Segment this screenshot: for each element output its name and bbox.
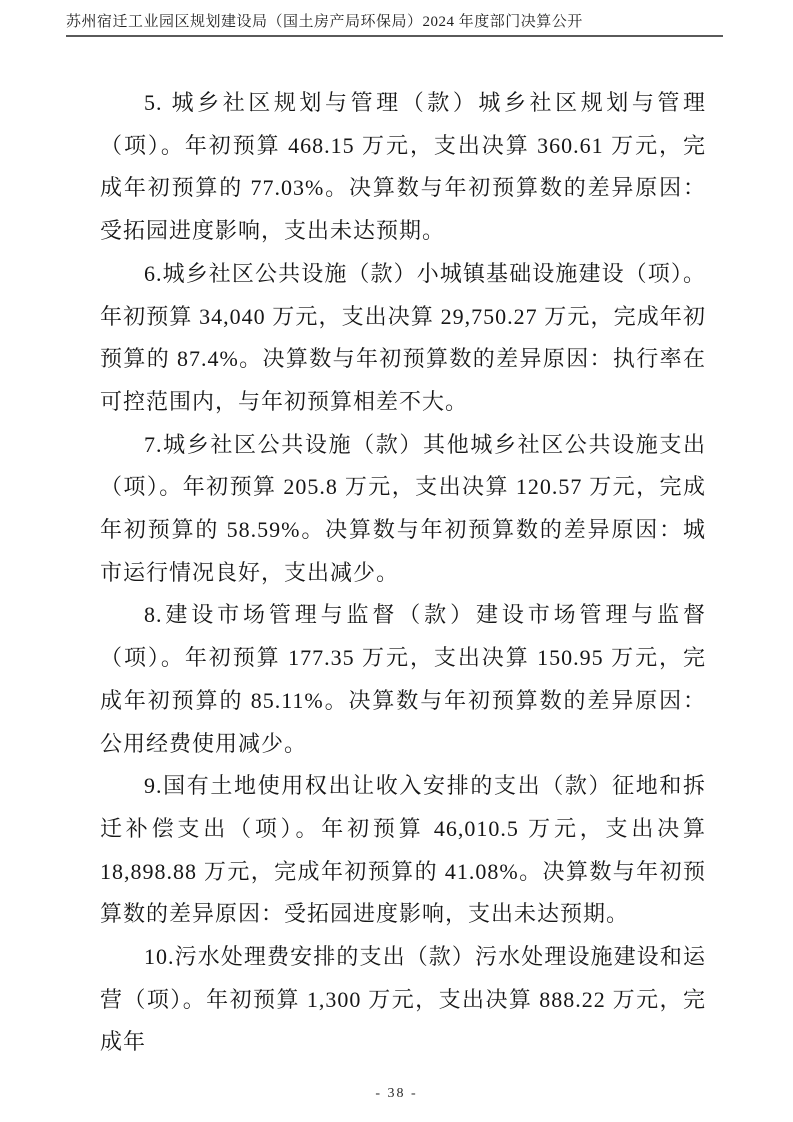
paragraph-item-7: 7.城乡社区公共设施（款）其他城乡社区公共设施支出（项）。年初预算 205.8 …: [100, 424, 706, 595]
document-header: 苏州宿迁工业园区规划建设局（国土房产局环保局）2024 年度部门决算公开: [66, 12, 723, 37]
document-body: 5. 城乡社区规划与管理（款）城乡社区规划与管理（项）。年初预算 468.15 …: [100, 82, 706, 1064]
document-page: 苏州宿迁工业园区规划建设局（国土房产局环保局）2024 年度部门决算公开 5. …: [0, 0, 793, 1122]
document-footer: - 38 -: [0, 1086, 793, 1102]
paragraph-item-5: 5. 城乡社区规划与管理（款）城乡社区规划与管理（项）。年初预算 468.15 …: [100, 82, 706, 253]
paragraph-item-8: 8.建设市场管理与监督（款）建设市场管理与监督（项）。年初预算 177.35 万…: [100, 594, 706, 765]
paragraph-item-9: 9.国有土地使用权出让收入安排的支出（款）征地和拆迁补偿支出（项）。年初预算 4…: [100, 765, 706, 936]
header-rule: [66, 35, 723, 37]
paragraph-item-6: 6.城乡社区公共设施（款）小城镇基础设施建设（项）。年初预算 34,040 万元…: [100, 253, 706, 424]
header-title: 苏州宿迁工业园区规划建设局（国土房产局环保局）2024 年度部门决算公开: [66, 12, 723, 32]
page-number: - 38 -: [375, 1086, 417, 1101]
paragraph-item-10: 10.污水处理费安排的支出（款）污水处理设施建设和运营（项）。年初预算 1,30…: [100, 936, 706, 1064]
